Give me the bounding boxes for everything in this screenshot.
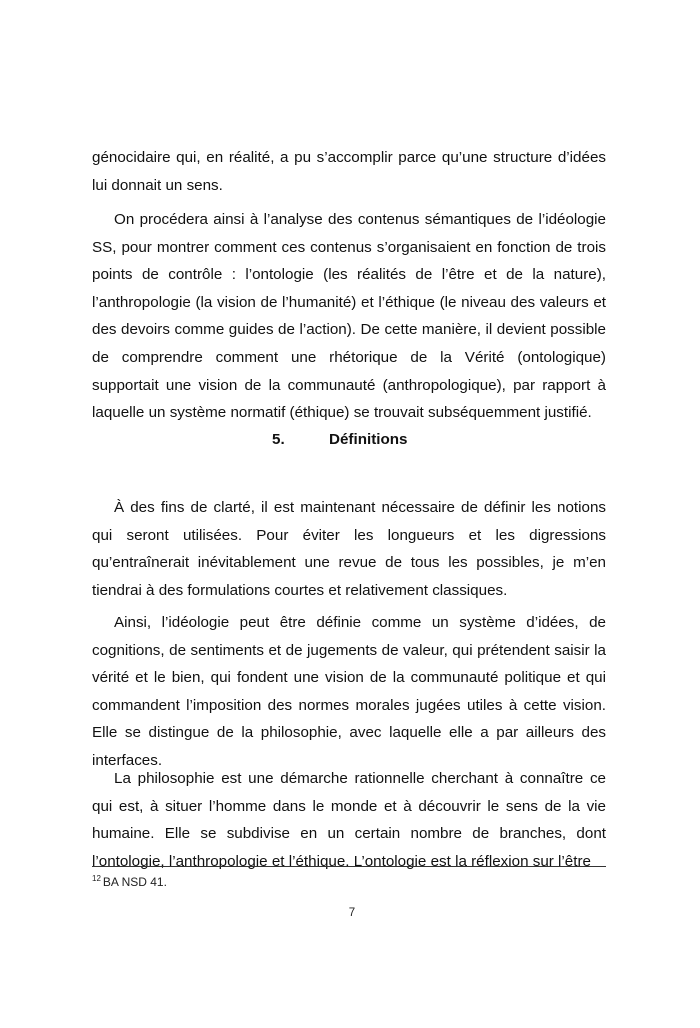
footnote-number: 12 bbox=[92, 874, 101, 883]
section-title: Définitions bbox=[329, 430, 407, 450]
body-text-top: génocidaire qui, en réalité, a pu s’acco… bbox=[92, 144, 606, 199]
document-page: génocidaire qui, en réalité, a pu s’acco… bbox=[0, 0, 700, 1028]
body-text-intro: On procédera ainsi à l’analyse des conte… bbox=[92, 206, 606, 427]
body-text-definitions-2: Ainsi, l’idéologie peut être définie com… bbox=[92, 609, 606, 775]
page-number-text: 7 bbox=[349, 907, 355, 919]
body-text-definitions-3: La philosophie est une démarche rationne… bbox=[92, 765, 606, 875]
paragraph-continuation: génocidaire qui, en réalité, a pu s’acco… bbox=[92, 144, 606, 199]
section-number: 5. bbox=[272, 430, 285, 450]
paragraph-philosophy-definition: La philosophie est une démarche rationne… bbox=[92, 765, 606, 875]
page-number: 7 bbox=[0, 905, 700, 921]
footnote: 12BA NSD 41. bbox=[92, 871, 167, 890]
footnote-separator bbox=[92, 866, 606, 867]
paragraph-analysis: On procédera ainsi à l’analyse des conte… bbox=[92, 206, 606, 427]
footnote-text: BA NSD 41. bbox=[103, 875, 167, 889]
paragraph-ideology-definition: Ainsi, l’idéologie peut être définie com… bbox=[92, 609, 606, 775]
paragraph-clarity: À des fins de clarté, il est maintenant … bbox=[92, 494, 606, 604]
body-text-definitions-1: À des fins de clarté, il est maintenant … bbox=[92, 494, 606, 604]
